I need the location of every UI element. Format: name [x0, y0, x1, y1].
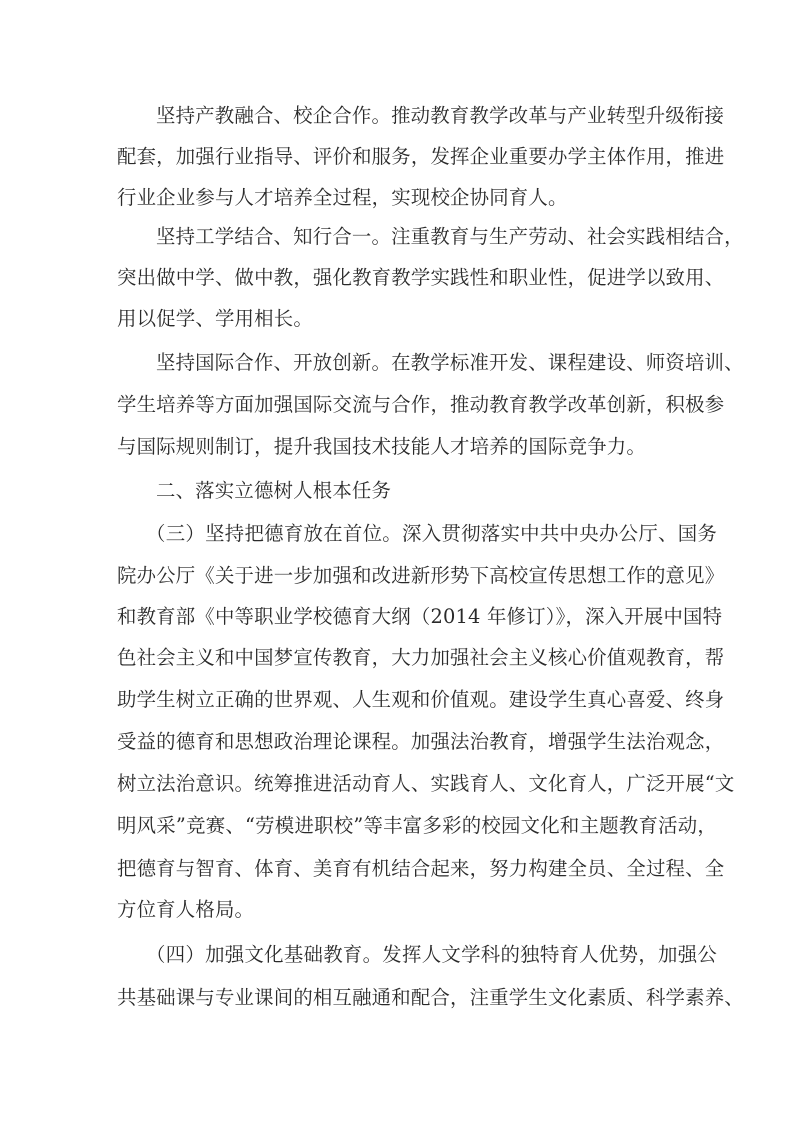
paragraph-5-line-1: （四）加强文化基础教育。发挥人文学科的独特育人优势，加强公 — [146, 943, 717, 967]
paragraph-1-line-3: 行业企业参与人才培养全过程，实现校企协同育人。 — [117, 186, 717, 210]
paragraph-1-line-1: 坚持产教融合、校企合作。推动教育教学改革与产业转型升级衔接 — [156, 104, 717, 128]
paragraph-4-line-1: （三）坚持把德育放在首位。深入贯彻落实中共中央办公厅、国务 — [146, 522, 717, 546]
paragraph-2-line-2: 突出做中学、做中教，强化教育教学实践性和职业性，促进学以致用、 — [117, 266, 717, 290]
paragraph-1-line-2: 配套，加强行业指导、评价和服务，发挥企业重要办学主体作用，推进 — [117, 145, 717, 169]
paragraph-3-line-1: 坚持国际合作、开放创新。在教学标准开发、课程建设、师资培训、 — [156, 351, 717, 375]
paragraph-2-line-3: 用以促学、学用相长。 — [117, 307, 717, 331]
paragraph-4-line-5: 助学生树立正确的世界观、人生观和价值观。建设学生真心喜爱、终身 — [117, 688, 717, 712]
paragraph-4-line-7: 树立法治意识。统筹推进活动育人、实践育人、文化育人，广泛开展“文 — [117, 772, 717, 796]
paragraph-4-line-9: 把德育与智育、体育、美育有机结合起来，努力构建全员、全过程、全 — [117, 857, 717, 881]
paragraph-2-line-1: 坚持工学结合、知行合一。注重教育与生产劳动、社会实践相结合， — [156, 225, 717, 249]
paragraph-3-line-3: 与国际规则制订，提升我国技术技能人才培养的国际竞争力。 — [117, 435, 717, 459]
paragraph-4-line-4: 色社会主义和中国梦宣传教育，大力加强社会主义核心价值观教育，帮 — [117, 646, 717, 670]
paragraph-3-line-2: 学生培养等方面加强国际交流与合作，推动教育教学改革创新，积极参 — [117, 393, 717, 417]
paragraph-4-line-10: 方位育人格局。 — [117, 898, 717, 922]
paragraph-4-line-8: 明风采”竞赛、“劳模进职校”等丰富多彩的校园文化和主题教育活动， — [117, 814, 717, 838]
paragraph-4-line-2: 院办公厅《关于进一步加强和改进新形势下高校宣传思想工作的意见》 — [117, 564, 717, 588]
section-heading: 二、落实立德树人根本任务 — [156, 479, 717, 503]
paragraph-5-line-2: 共基础课与专业课间的相互融通和配合，注重学生文化素质、科学素养、 — [117, 986, 717, 1010]
paragraph-4-line-3: 和教育部《中等职业学校德育大纲（2014 年修订）》，深入开展中国特 — [117, 605, 717, 629]
paragraph-4-line-6: 受益的德育和思想政治理论课程。加强法治教育，增强学生法治观念， — [117, 730, 717, 754]
document-page: 坚持产教融合、校企合作。推动教育教学改革与产业转型升级衔接 配套，加强行业指导、… — [0, 0, 793, 1122]
